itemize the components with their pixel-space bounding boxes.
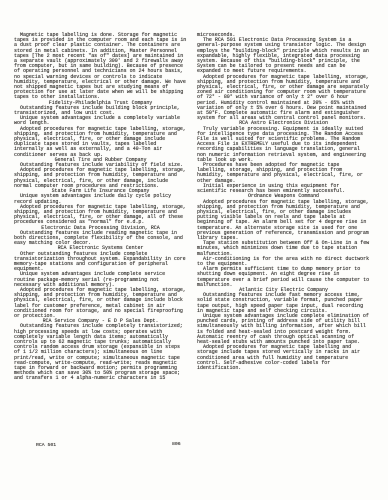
footer-doc-label: RCA 501: [36, 443, 56, 448]
footer-page-number: 806: [172, 442, 181, 447]
paragraph: Other outstanding features include compl…: [14, 252, 187, 273]
paragraph: Truly variable processing. Equipment is …: [197, 127, 370, 163]
paragraph: Magnetic tape labelling is done. Storage…: [14, 33, 187, 101]
paragraph: Adopted procedures for magnetic tape lab…: [197, 200, 370, 242]
paragraph: Outstanding features include completely …: [14, 324, 187, 381]
paragraph: Adopted procedures for magnetic tape lab…: [14, 127, 187, 158]
paragraph: The RCA 501 Electronic Data Processing S…: [197, 38, 370, 74]
paragraph: Unique system advantages include complet…: [197, 314, 370, 345]
right-column: microseconds.The RCA 501 Electronic Data…: [197, 33, 370, 371]
left-column: Magnetic tape labelling is done. Storage…: [14, 33, 187, 382]
paragraph: Unique system advantages include complet…: [14, 272, 187, 288]
paragraph: Adopted procedures for magnetic tape lab…: [197, 75, 370, 122]
paragraph: Procedures have been adopted for magneti…: [197, 163, 370, 184]
paragraph: Tape station substitution between Off & …: [197, 241, 370, 257]
paragraph: Adopted procedures for magnetic tape lab…: [14, 168, 187, 189]
paragraph: Adopted procedures for magnetic tape lab…: [14, 288, 187, 319]
paragraph: Adopted procedures for magnetic tape lab…: [14, 205, 187, 226]
paragraph: Adopted procedures for magnetic tape lab…: [197, 345, 370, 371]
paragraph: Alarm permits sufficient time to dump me…: [197, 267, 370, 288]
paragraph: Outstanding features include reading mag…: [14, 231, 187, 247]
document-page: Magnetic tape labelling is done. Storage…: [0, 0, 388, 500]
paragraph: Outstanding features include fast memory…: [197, 293, 370, 314]
